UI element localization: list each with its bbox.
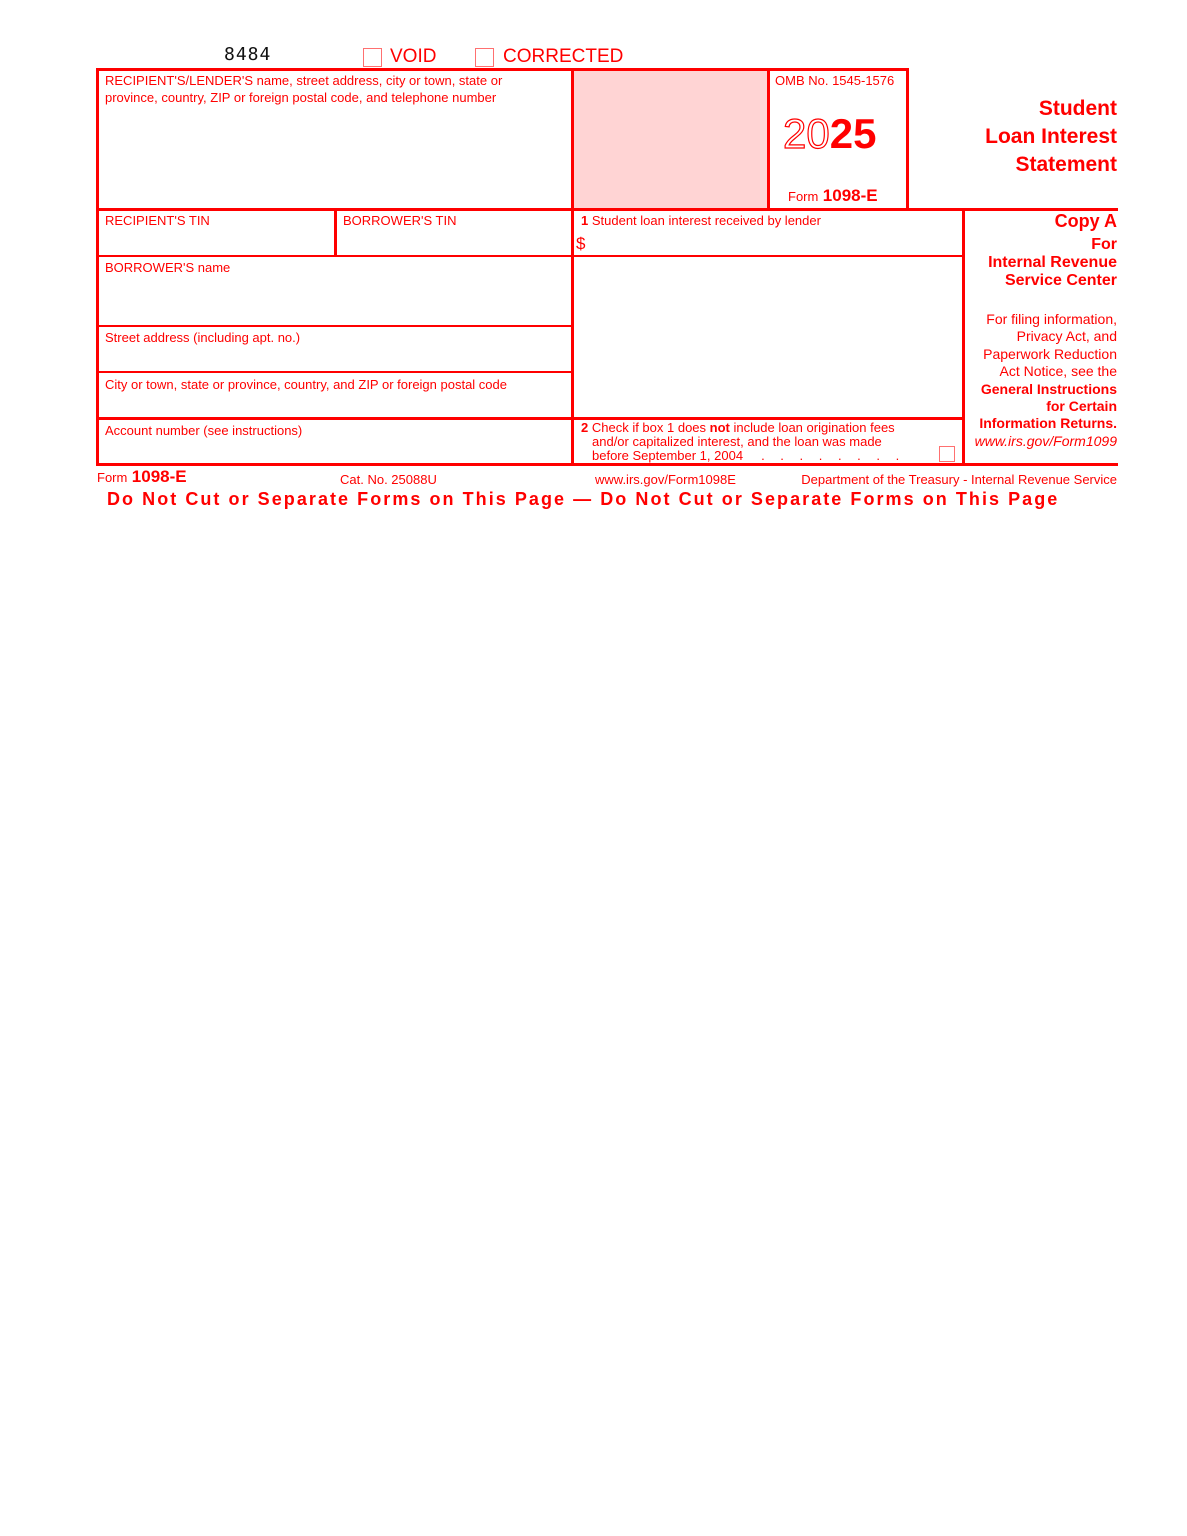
void-checkbox[interactable] xyxy=(363,48,382,67)
border-omb-right xyxy=(906,68,909,210)
box1-number: 1 xyxy=(581,213,588,228)
copy-info-line4: Act Notice, see the xyxy=(975,363,1117,380)
form-label: Form 1098-E xyxy=(788,186,878,206)
dollar-sign: $ xyxy=(576,234,585,254)
tax-year-bold: 25 xyxy=(830,110,877,157)
form-title-line3: Statement xyxy=(985,151,1117,179)
city-label: City or town, state or province, country… xyxy=(105,376,507,393)
copy-bold-line2: for Certain xyxy=(975,398,1117,415)
footer-form: Form 1098-E xyxy=(97,467,187,487)
tax-year-outline: 20 xyxy=(783,110,830,157)
border-omb-left xyxy=(767,68,770,210)
copy-title: Copy A xyxy=(988,210,1117,232)
copy-bold-line3: Information Returns. xyxy=(975,415,1117,432)
border-row3 xyxy=(96,325,574,327)
recipient-input[interactable] xyxy=(100,108,568,206)
copy-info-line3: Paperwork Reduction xyxy=(975,346,1117,363)
box2-text-post: include loan origination fees xyxy=(734,420,895,435)
border-top xyxy=(96,68,908,71)
borrower-name-input[interactable] xyxy=(100,277,568,323)
box2-checkbox[interactable] xyxy=(939,446,955,462)
copy-line2: Service Center xyxy=(988,272,1117,290)
copy-info-line1: For filing information, xyxy=(975,311,1117,328)
border-row4 xyxy=(96,371,574,373)
box2-line3-text: before September 1, 2004 xyxy=(592,448,743,463)
form-code: 8484 xyxy=(224,44,271,65)
street-address-input[interactable] xyxy=(100,347,568,369)
box2-line3: before September 1, 2004. . . . . . . . xyxy=(581,449,905,463)
copy-for: For xyxy=(988,236,1117,254)
copy-panel: Copy A For Internal Revenue Service Cent… xyxy=(988,210,1117,290)
copy-line1: Internal Revenue xyxy=(988,254,1117,272)
omb-number: OMB No. 1545-1576 xyxy=(775,72,894,89)
box2-text-pre: Check if box 1 does xyxy=(592,420,706,435)
footer-url-link[interactable]: www.irs.gov/Form1098E xyxy=(595,471,736,488)
form-title: Student Loan Interest Statement xyxy=(985,95,1117,179)
borrower-name-label: BORROWER'S name xyxy=(105,259,230,276)
footer-cat-no: Cat. No. 25088U xyxy=(340,471,437,488)
border-tin-divider xyxy=(334,208,337,257)
corrected-checkbox[interactable] xyxy=(475,48,494,67)
recipient-label-line2: province, country, ZIP or foreign postal… xyxy=(105,89,496,106)
footer-form-number: 1098-E xyxy=(132,467,187,486)
account-number-label: Account number (see instructions) xyxy=(105,422,302,439)
box1-amount-input[interactable] xyxy=(592,232,958,254)
borrower-tin-input[interactable] xyxy=(338,230,568,254)
footer-warning: Do Not Cut or Separate Forms on This Pag… xyxy=(107,488,1059,510)
copy-url-link[interactable]: www.irs.gov/Form1099 xyxy=(975,433,1117,450)
box1-text: Student loan interest received by lender xyxy=(592,213,821,228)
street-address-label: Street address (including apt. no.) xyxy=(105,329,300,346)
box2-number: 2 xyxy=(581,420,588,435)
copy-info: For filing information, Privacy Act, and… xyxy=(975,311,1117,450)
border-row2 xyxy=(96,255,964,257)
form-title-line1: Student xyxy=(985,95,1117,123)
box1-label: 1 Student loan interest received by lend… xyxy=(581,212,821,229)
form-label-number: 1098-E xyxy=(823,186,878,205)
box2-leader: . . . . . . . . xyxy=(743,448,905,463)
void-label: VOID xyxy=(390,46,436,68)
recipient-label-line1: RECIPIENT'S/LENDER'S name, street addres… xyxy=(105,72,502,89)
copy-bold-line1: General Instructions xyxy=(975,381,1117,398)
corrected-label: CORRECTED xyxy=(503,46,623,68)
form-title-line2: Loan Interest xyxy=(985,123,1117,151)
copy-info-line2: Privacy Act, and xyxy=(975,328,1117,345)
tax-year: 2025 xyxy=(783,110,876,158)
recipient-tin-input[interactable] xyxy=(100,230,332,254)
city-input[interactable] xyxy=(100,394,568,416)
border-copy-left xyxy=(962,208,965,466)
account-number-input[interactable] xyxy=(100,440,568,462)
box2-label: 2 Check if box 1 does not include loan o… xyxy=(581,421,905,463)
footer-form-prefix: Form xyxy=(97,470,127,485)
recipient-tin-label: RECIPIENT'S TIN xyxy=(105,212,210,229)
border-left xyxy=(96,68,99,466)
shaded-area xyxy=(573,70,768,208)
borrower-tin-label: BORROWER'S TIN xyxy=(343,212,456,229)
border-mid xyxy=(571,68,574,466)
box2-line2: and/or capitalized interest, and the loa… xyxy=(581,435,905,449)
box2-text-bold: not xyxy=(710,420,730,435)
footer-department: Department of the Treasury - Internal Re… xyxy=(801,471,1117,488)
form-label-prefix: Form xyxy=(788,189,818,204)
